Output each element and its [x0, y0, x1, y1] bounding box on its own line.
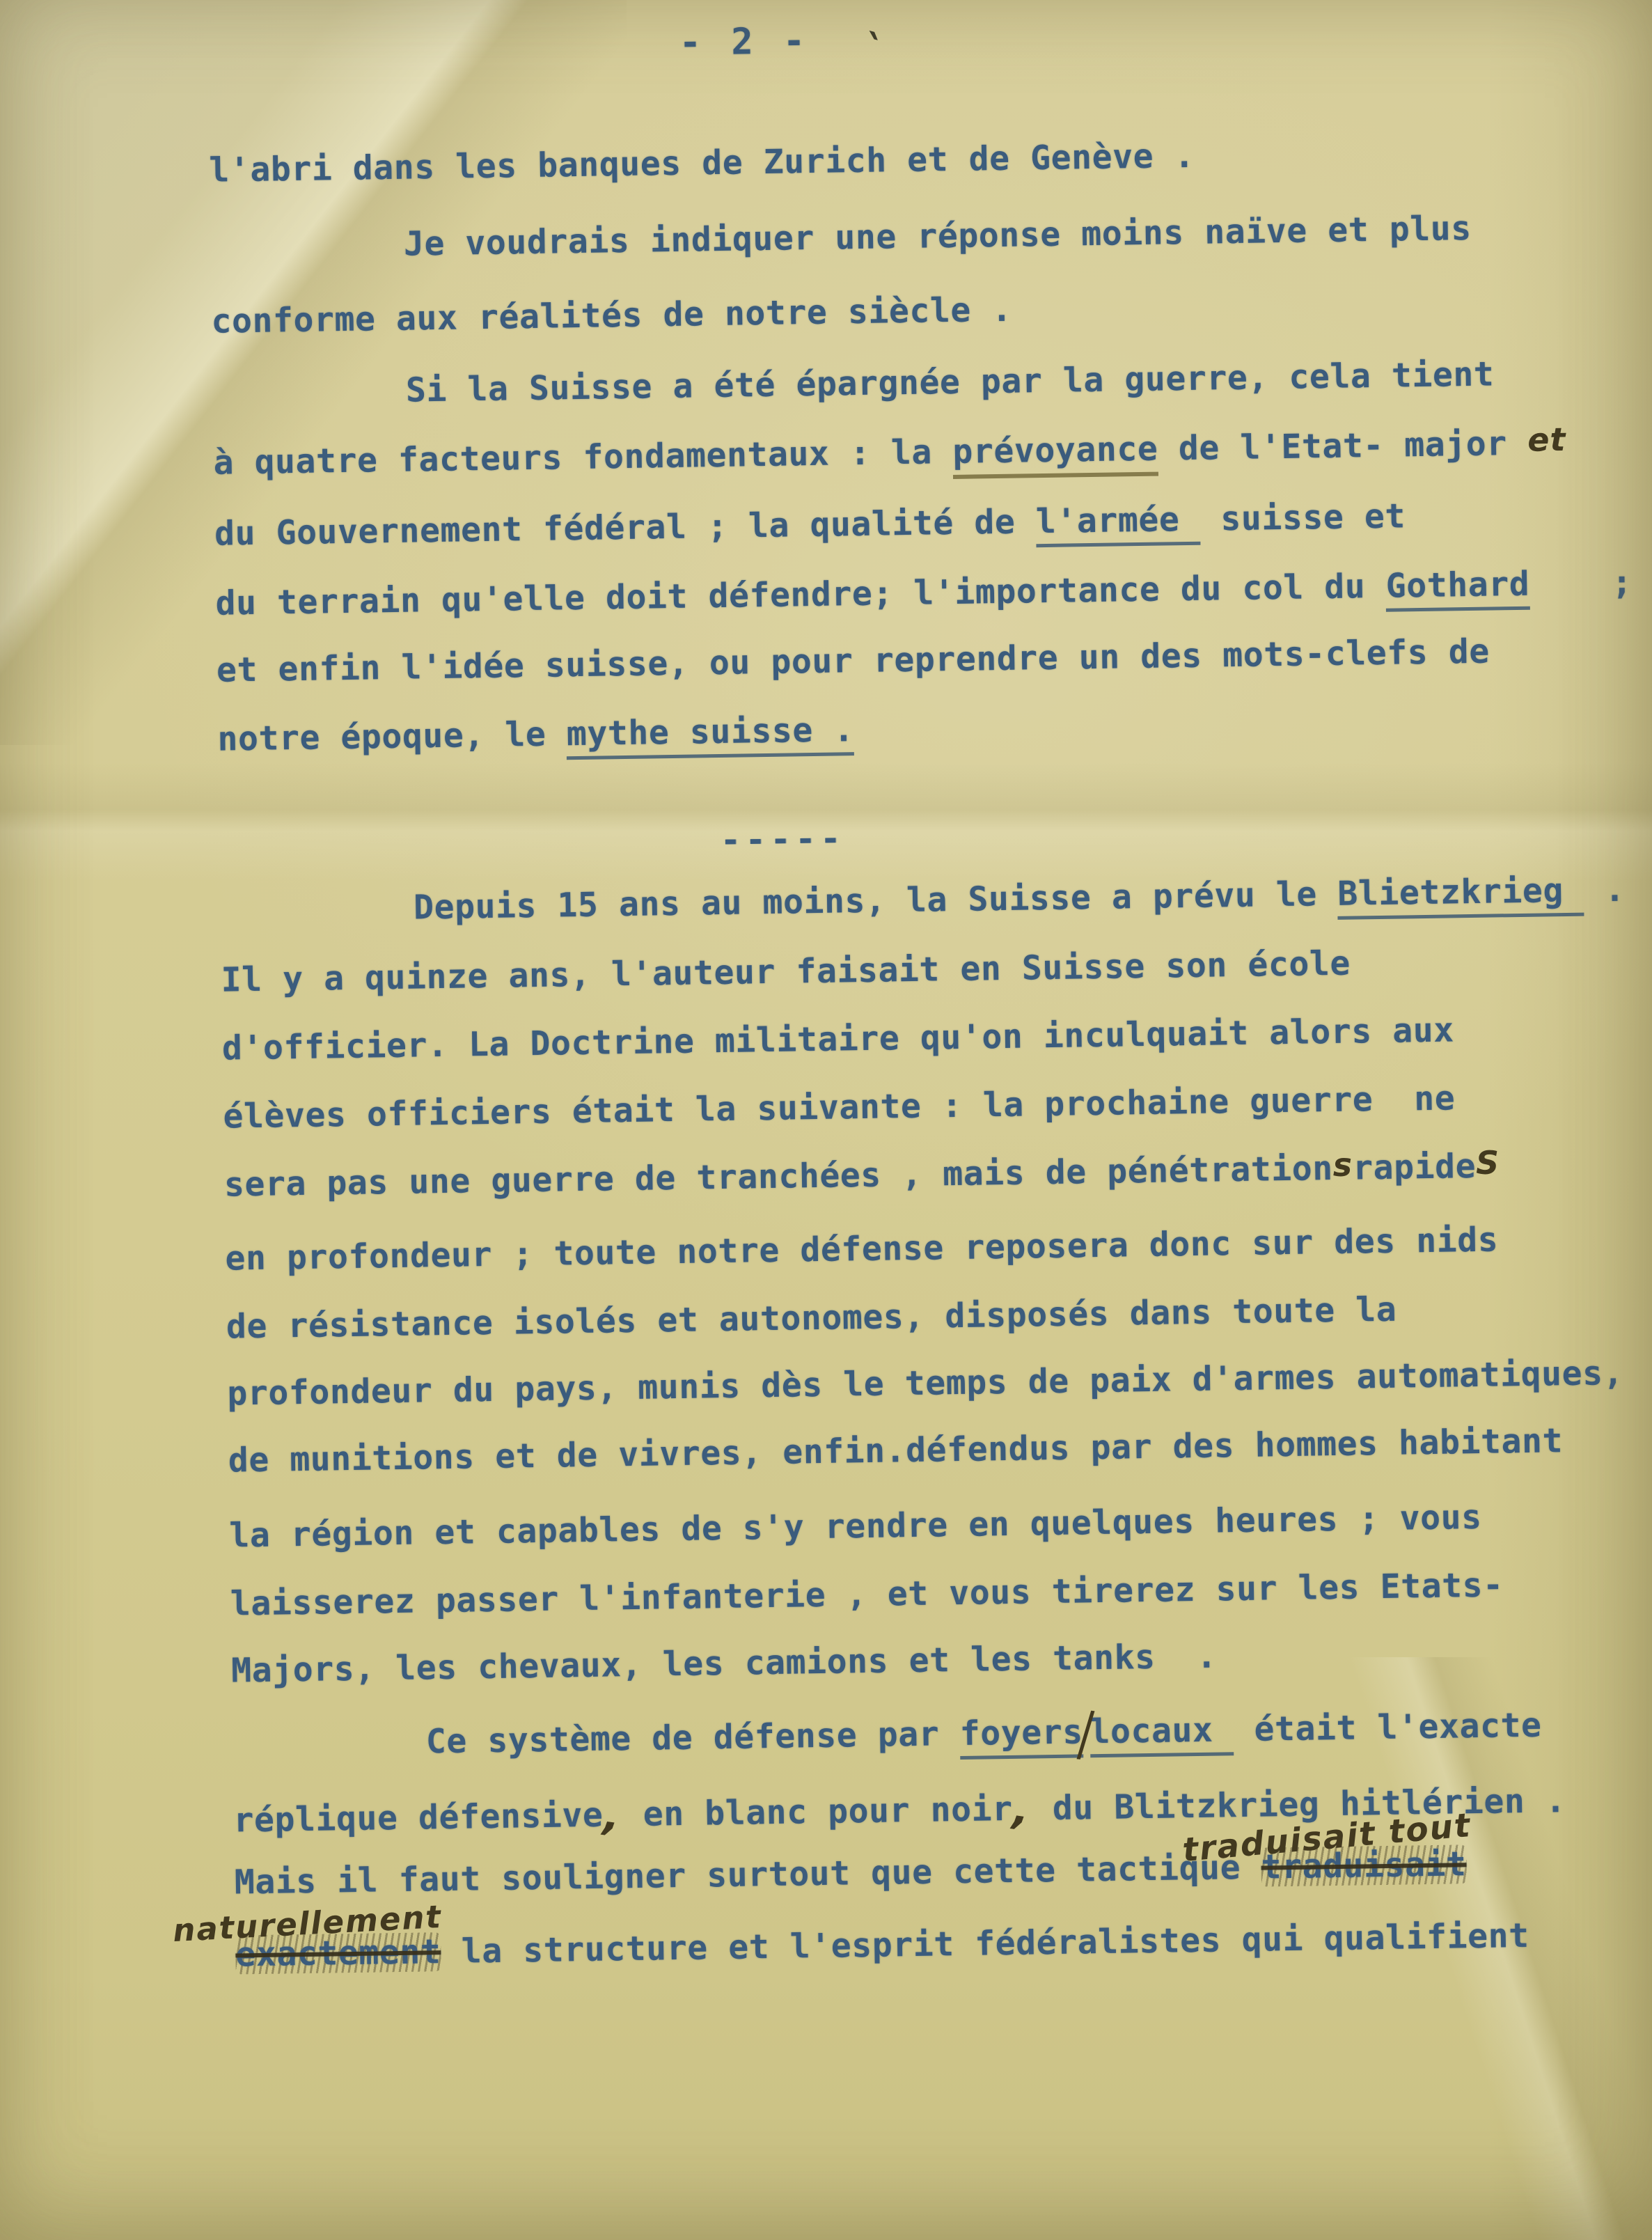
- typed-text: d'officier. La Doctrine militaire qu'on …: [222, 1010, 1455, 1067]
- typed-line: à quatre facteurs fondamentaux : la prév…: [213, 423, 1566, 483]
- typed-line: notre époque, le mythe suisse .: [217, 710, 854, 759]
- underlined-text: Blietzkrieg: [1337, 871, 1584, 920]
- typed-line: laisserez passer l'infanterie , et vous …: [230, 1565, 1504, 1623]
- typed-line: Majors, les chevaux, les camions et les …: [231, 1637, 1218, 1691]
- typed-text: Il y a quinze ans, l'auteur faisait en S…: [221, 944, 1351, 1000]
- typed-line: d'officier. La Doctrine militaire qu'on …: [222, 1010, 1455, 1067]
- typed-text: profondeur du pays, munis dès le temps d…: [227, 1354, 1624, 1413]
- typed-text: conforme aux réalités de notre siècle .: [211, 290, 1012, 341]
- typed-line: sera pas une guerre de tranchées , mais …: [224, 1146, 1500, 1204]
- typed-line: l'abri dans les banques de Zurich et de …: [209, 136, 1195, 190]
- typed-line: Ce système de défense par foyers/locaux …: [425, 1706, 1541, 1762]
- typed-text: .: [1584, 870, 1626, 910]
- typed-text: Si la Suisse a été épargnée par la guerr…: [406, 354, 1495, 409]
- typed-text: réplique défensive: [233, 1796, 604, 1840]
- typed-text: Ce système de défense par: [425, 1714, 960, 1761]
- typed-text-layer: - 2 - ` l'abri dans les banques de Zuric…: [0, 0, 1652, 2240]
- underlined-text: l'armée: [1035, 500, 1200, 547]
- typed-text: sera pas une guerre de tranchées , mais …: [224, 1149, 1334, 1205]
- typed-text: et enfin l'idée suisse, ou pour reprendr…: [217, 632, 1490, 690]
- typed-text: du terrain qu'elle doit défendre; l'impo…: [215, 567, 1386, 623]
- typed-line: Si la Suisse a été épargnée par la guerr…: [406, 354, 1495, 409]
- typed-text: en blanc pour noir: [622, 1789, 1013, 1834]
- typed-text: de l'Etat- major: [1158, 424, 1528, 469]
- typed-line: profondeur du pays, munis dès le temps d…: [227, 1354, 1624, 1413]
- typed-text: élèves officiers était la suivante : la …: [223, 1079, 1456, 1136]
- typed-text: ;: [1529, 563, 1633, 604]
- typed-text: en profondeur ; toute notre défense repo…: [225, 1220, 1499, 1278]
- typed-text: Depuis 15 ans au moins, la Suisse a prév…: [414, 875, 1338, 927]
- typed-line: du Gouvernement fédéral ; la qualité de …: [214, 496, 1406, 553]
- scanned-typescript-page: - 2 - ` l'abri dans les banques de Zuric…: [0, 0, 1652, 2240]
- typed-text: la région et capables de s'y rendre en q…: [229, 1498, 1482, 1556]
- handwritten-slash: /: [1080, 1697, 1094, 1769]
- typed-text: laisserez passer l'infanterie , et vous …: [230, 1565, 1504, 1623]
- typed-text: rapide: [1353, 1147, 1477, 1188]
- typed-text: la structure et l'esprit fédéralistes qu…: [441, 1916, 1529, 1971]
- handwritten-mark: s: [1332, 1146, 1353, 1184]
- typed-text: l'abri dans les banques de Zurich et de …: [209, 136, 1195, 190]
- handwritten-comma: ,: [601, 1791, 624, 1842]
- typed-text: suisse et: [1199, 496, 1406, 538]
- underlined-text: locaux: [1089, 1710, 1234, 1757]
- typed-line: de résistance isolés et autonomes, dispo…: [226, 1290, 1397, 1347]
- typed-line: la région et capables de s'y rendre en q…: [229, 1498, 1482, 1556]
- typed-line: Depuis 15 ans au moins, la Suisse a prév…: [414, 870, 1626, 927]
- typed-line: en profondeur ; toute notre défense repo…: [225, 1220, 1499, 1278]
- typed-text: Mais il faut souligner surtout que cette…: [234, 1848, 1261, 1902]
- typed-line: de munitions et de vivres, enfin.défendu…: [228, 1421, 1563, 1480]
- typed-text: de munitions et de vivres, enfin.défendu…: [228, 1421, 1563, 1480]
- typed-text: Je voudrais indiquer une réponse moins n…: [404, 209, 1472, 264]
- page-number: - 2 -: [679, 20, 809, 64]
- typed-line: Je voudrais indiquer une réponse moins n…: [404, 209, 1472, 264]
- typed-line: et enfin l'idée suisse, ou pour reprendr…: [217, 632, 1490, 690]
- typed-line: conforme aux réalités de notre siècle .: [211, 290, 1012, 341]
- typed-text: du Gouvernement fédéral ; la qualité de: [214, 502, 1037, 553]
- handwritten-mark: S: [1476, 1143, 1500, 1182]
- typed-text: à quatre facteurs fondamentaux : la: [213, 432, 953, 483]
- typed-text: était l'exacte: [1234, 1706, 1542, 1750]
- typed-separator-dashes: -----: [720, 819, 845, 860]
- handwritten-mark: et: [1527, 421, 1566, 459]
- handwritten-tick-mark: `: [855, 25, 890, 75]
- typed-text: Majors, les chevaux, les camions et les …: [231, 1637, 1218, 1691]
- underlined-text: mythe suisse .: [566, 710, 854, 760]
- typed-line: Il y a quinze ans, l'auteur faisait en S…: [221, 944, 1351, 1000]
- underlined-text: foyers: [959, 1712, 1083, 1760]
- typed-line: du terrain qu'elle doit défendre; l'impo…: [215, 563, 1633, 623]
- pencil-underlined-text: prévoyance: [952, 430, 1158, 479]
- handwritten-comma: ,: [1011, 1785, 1034, 1835]
- typed-line: élèves officiers était la suivante : la …: [223, 1079, 1456, 1136]
- typed-text: notre époque, le: [217, 714, 567, 758]
- typed-text: de résistance isolés et autonomes, dispo…: [226, 1290, 1397, 1347]
- underlined-text: Gothard: [1385, 565, 1529, 612]
